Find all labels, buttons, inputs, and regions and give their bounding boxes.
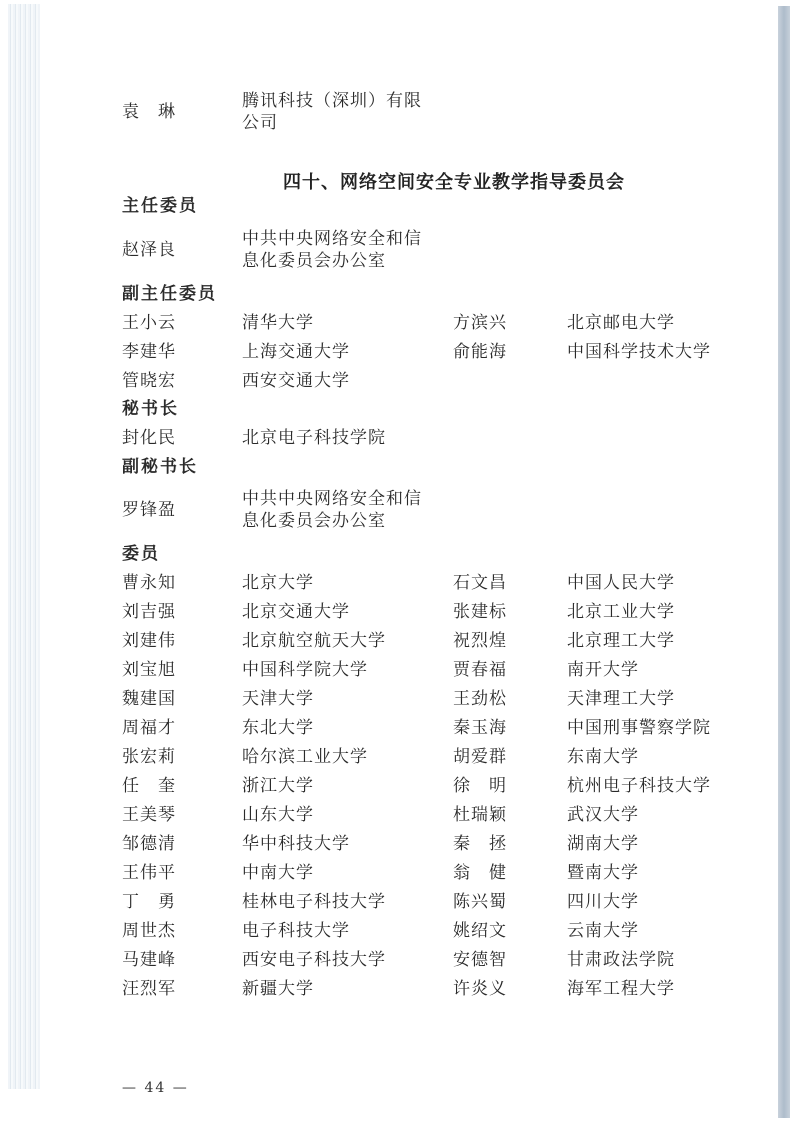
member-name: 秦 拯 [453, 832, 507, 856]
member-name: 汪烈军 [122, 977, 176, 1001]
member-name: 翁 健 [453, 861, 507, 885]
member-org: 东北大学 [242, 716, 314, 740]
member-name: 贾春福 [453, 658, 507, 682]
member-org: 山东大学 [242, 803, 314, 827]
member-name: 秦玉海 [453, 716, 507, 740]
member-org: 武汉大学 [567, 803, 639, 827]
member-org: 电子科技大学 [242, 919, 350, 943]
table-row: 王美琴 山东大学 杜瑞颖 武汉大学 [0, 803, 798, 827]
member-name: 任 奎 [122, 774, 176, 798]
member-org: 哈尔滨工业大学 [242, 745, 368, 769]
member-org: 西安电子科技大学 [242, 948, 386, 972]
member-org: 云南大学 [567, 919, 639, 943]
member-name: 安德智 [453, 948, 507, 972]
member-name: 张宏莉 [122, 745, 176, 769]
table-row: 周世杰 电子科技大学 姚绍文 云南大学 [0, 919, 798, 943]
member-org: 海军工程大学 [567, 977, 675, 1001]
member-name: 姚绍文 [453, 919, 507, 943]
table-row: 马建峰 西安电子科技大学 安德智 甘肃政法学院 [0, 948, 798, 972]
member-org: 中共中央网络安全和信 息化委员会办公室 [242, 228, 442, 272]
member-org: 中共中央网络安全和信 息化委员会办公室 [242, 488, 442, 532]
member-name: 李建华 [122, 340, 176, 364]
member-org: 上海交通大学 [242, 340, 350, 364]
member-name: 徐 明 [453, 774, 507, 798]
deputy-secretary-row: 罗锋盈 中共中央网络安全和信 息化委员会办公室 [0, 488, 798, 532]
member-org: 四川大学 [567, 890, 639, 914]
member-name: 罗锋盈 [122, 498, 176, 522]
member-org: 湖南大学 [567, 832, 639, 856]
member-org: 北京工业大学 [567, 600, 675, 624]
member-name: 管晓宏 [122, 369, 176, 393]
member-org: 华中科技大学 [242, 832, 350, 856]
member-org: 北京航空航天大学 [242, 629, 386, 653]
org-line: 腾讯科技（深圳）有限 [242, 91, 422, 111]
member-org: 北京理工大学 [567, 629, 675, 653]
org-line: 息化委员会办公室 [242, 251, 386, 271]
member-name: 袁 琳 [122, 100, 176, 124]
member-org: 北京大学 [242, 571, 314, 595]
member-org: 中国科学技术大学 [567, 340, 711, 364]
table-row: 丁 勇 桂林电子科技大学 陈兴蜀 四川大学 [0, 890, 798, 914]
table-row: 刘宝旭 中国科学院大学 贾春福 南开大学 [0, 658, 798, 682]
member-org: 中国刑事警察学院 [567, 716, 711, 740]
member-name: 马建峰 [122, 948, 176, 972]
member-name: 王小云 [122, 311, 176, 335]
member-org: 东南大学 [567, 745, 639, 769]
member-name: 周世杰 [122, 919, 176, 943]
role-heading-director: 主任委员 [122, 194, 198, 218]
role-heading-deputy-directors: 副主任委员 [122, 282, 217, 306]
member-org: 西安交通大学 [242, 369, 350, 393]
member-org: 中南大学 [242, 861, 314, 885]
member-org: 新疆大学 [242, 977, 314, 1001]
member-name: 胡爱群 [453, 745, 507, 769]
member-org: 中国人民大学 [567, 571, 675, 595]
member-name: 陈兴蜀 [453, 890, 507, 914]
role-heading-secretary-general: 秘书长 [122, 397, 179, 421]
table-row: 李建华 上海交通大学 俞能海 中国科学技术大学 [0, 340, 798, 364]
table-row: 汪烈军 新疆大学 许炎义 海军工程大学 [0, 977, 798, 1001]
member-org: 浙江大学 [242, 774, 314, 798]
section-title: 四十、网络空间安全专业教学指导委员会 [0, 168, 798, 194]
table-row: 张宏莉 哈尔滨工业大学 胡爱群 东南大学 [0, 745, 798, 769]
member-org: 清华大学 [242, 311, 314, 335]
member-name: 刘吉强 [122, 600, 176, 624]
member-name: 王劲松 [453, 687, 507, 711]
member-name: 张建标 [453, 600, 507, 624]
table-row: 周福才 东北大学 秦玉海 中国刑事警察学院 [0, 716, 798, 740]
org-line: 中共中央网络安全和信 [242, 489, 422, 509]
member-org: 北京邮电大学 [567, 311, 675, 335]
member-name: 刘宝旭 [122, 658, 176, 682]
org-line: 中共中央网络安全和信 [242, 229, 422, 249]
member-org: 北京电子科技学院 [242, 426, 386, 450]
org-line: 息化委员会办公室 [242, 511, 386, 531]
member-name: 许炎义 [453, 977, 507, 1001]
role-heading-deputy-secretary-general: 副秘书长 [122, 455, 198, 479]
table-row: 曹永知 北京大学 石文昌 中国人民大学 [0, 571, 798, 595]
member-name: 刘建伟 [122, 629, 176, 653]
member-name: 封化民 [122, 426, 176, 450]
role-heading-members: 委员 [122, 542, 160, 566]
table-row: 任 奎 浙江大学 徐 明 杭州电子科技大学 [0, 774, 798, 798]
member-name: 周福才 [122, 716, 176, 740]
top-entry-row: 袁 琳 腾讯科技（深圳）有限 公司 [0, 90, 798, 134]
table-row: 王伟平 中南大学 翁 健 暨南大学 [0, 861, 798, 885]
member-name: 杜瑞颖 [453, 803, 507, 827]
member-name: 祝烈煌 [453, 629, 507, 653]
member-name: 方滨兴 [453, 311, 507, 335]
member-name: 俞能海 [453, 340, 507, 364]
member-org: 北京交通大学 [242, 600, 350, 624]
table-row: 邹德清 华中科技大学 秦 拯 湖南大学 [0, 832, 798, 856]
member-name: 王美琴 [122, 803, 176, 827]
table-row: 刘吉强 北京交通大学 张建标 北京工业大学 [0, 600, 798, 624]
member-org: 腾讯科技（深圳）有限 公司 [242, 90, 442, 134]
director-row: 赵泽良 中共中央网络安全和信 息化委员会办公室 [0, 228, 798, 272]
member-org: 中国科学院大学 [242, 658, 368, 682]
member-org: 天津大学 [242, 687, 314, 711]
member-name: 赵泽良 [122, 238, 176, 262]
member-org: 甘肃政法学院 [567, 948, 675, 972]
member-name: 曹永知 [122, 571, 176, 595]
table-row: 王小云 清华大学 方滨兴 北京邮电大学 [0, 311, 798, 335]
member-name: 魏建国 [122, 687, 176, 711]
member-name: 邹德清 [122, 832, 176, 856]
table-row: 魏建国 天津大学 王劲松 天津理工大学 [0, 687, 798, 711]
document-page: 袁 琳 腾讯科技（深圳）有限 公司 四十、网络空间安全专业教学指导委员会 主任委… [0, 0, 798, 1125]
member-name: 石文昌 [453, 571, 507, 595]
member-org: 桂林电子科技大学 [242, 890, 386, 914]
member-org: 暨南大学 [567, 861, 639, 885]
table-row: 封化民 北京电子科技学院 [0, 426, 798, 450]
member-org: 杭州电子科技大学 [567, 774, 711, 798]
org-line: 公司 [242, 113, 278, 133]
member-org: 天津理工大学 [567, 687, 675, 711]
member-name: 丁 勇 [122, 890, 176, 914]
member-name: 王伟平 [122, 861, 176, 885]
page-number: — 44 — [122, 1080, 189, 1096]
table-row: 管晓宏 西安交通大学 [0, 369, 798, 393]
table-row: 刘建伟 北京航空航天大学 祝烈煌 北京理工大学 [0, 629, 798, 653]
member-org: 南开大学 [567, 658, 639, 682]
